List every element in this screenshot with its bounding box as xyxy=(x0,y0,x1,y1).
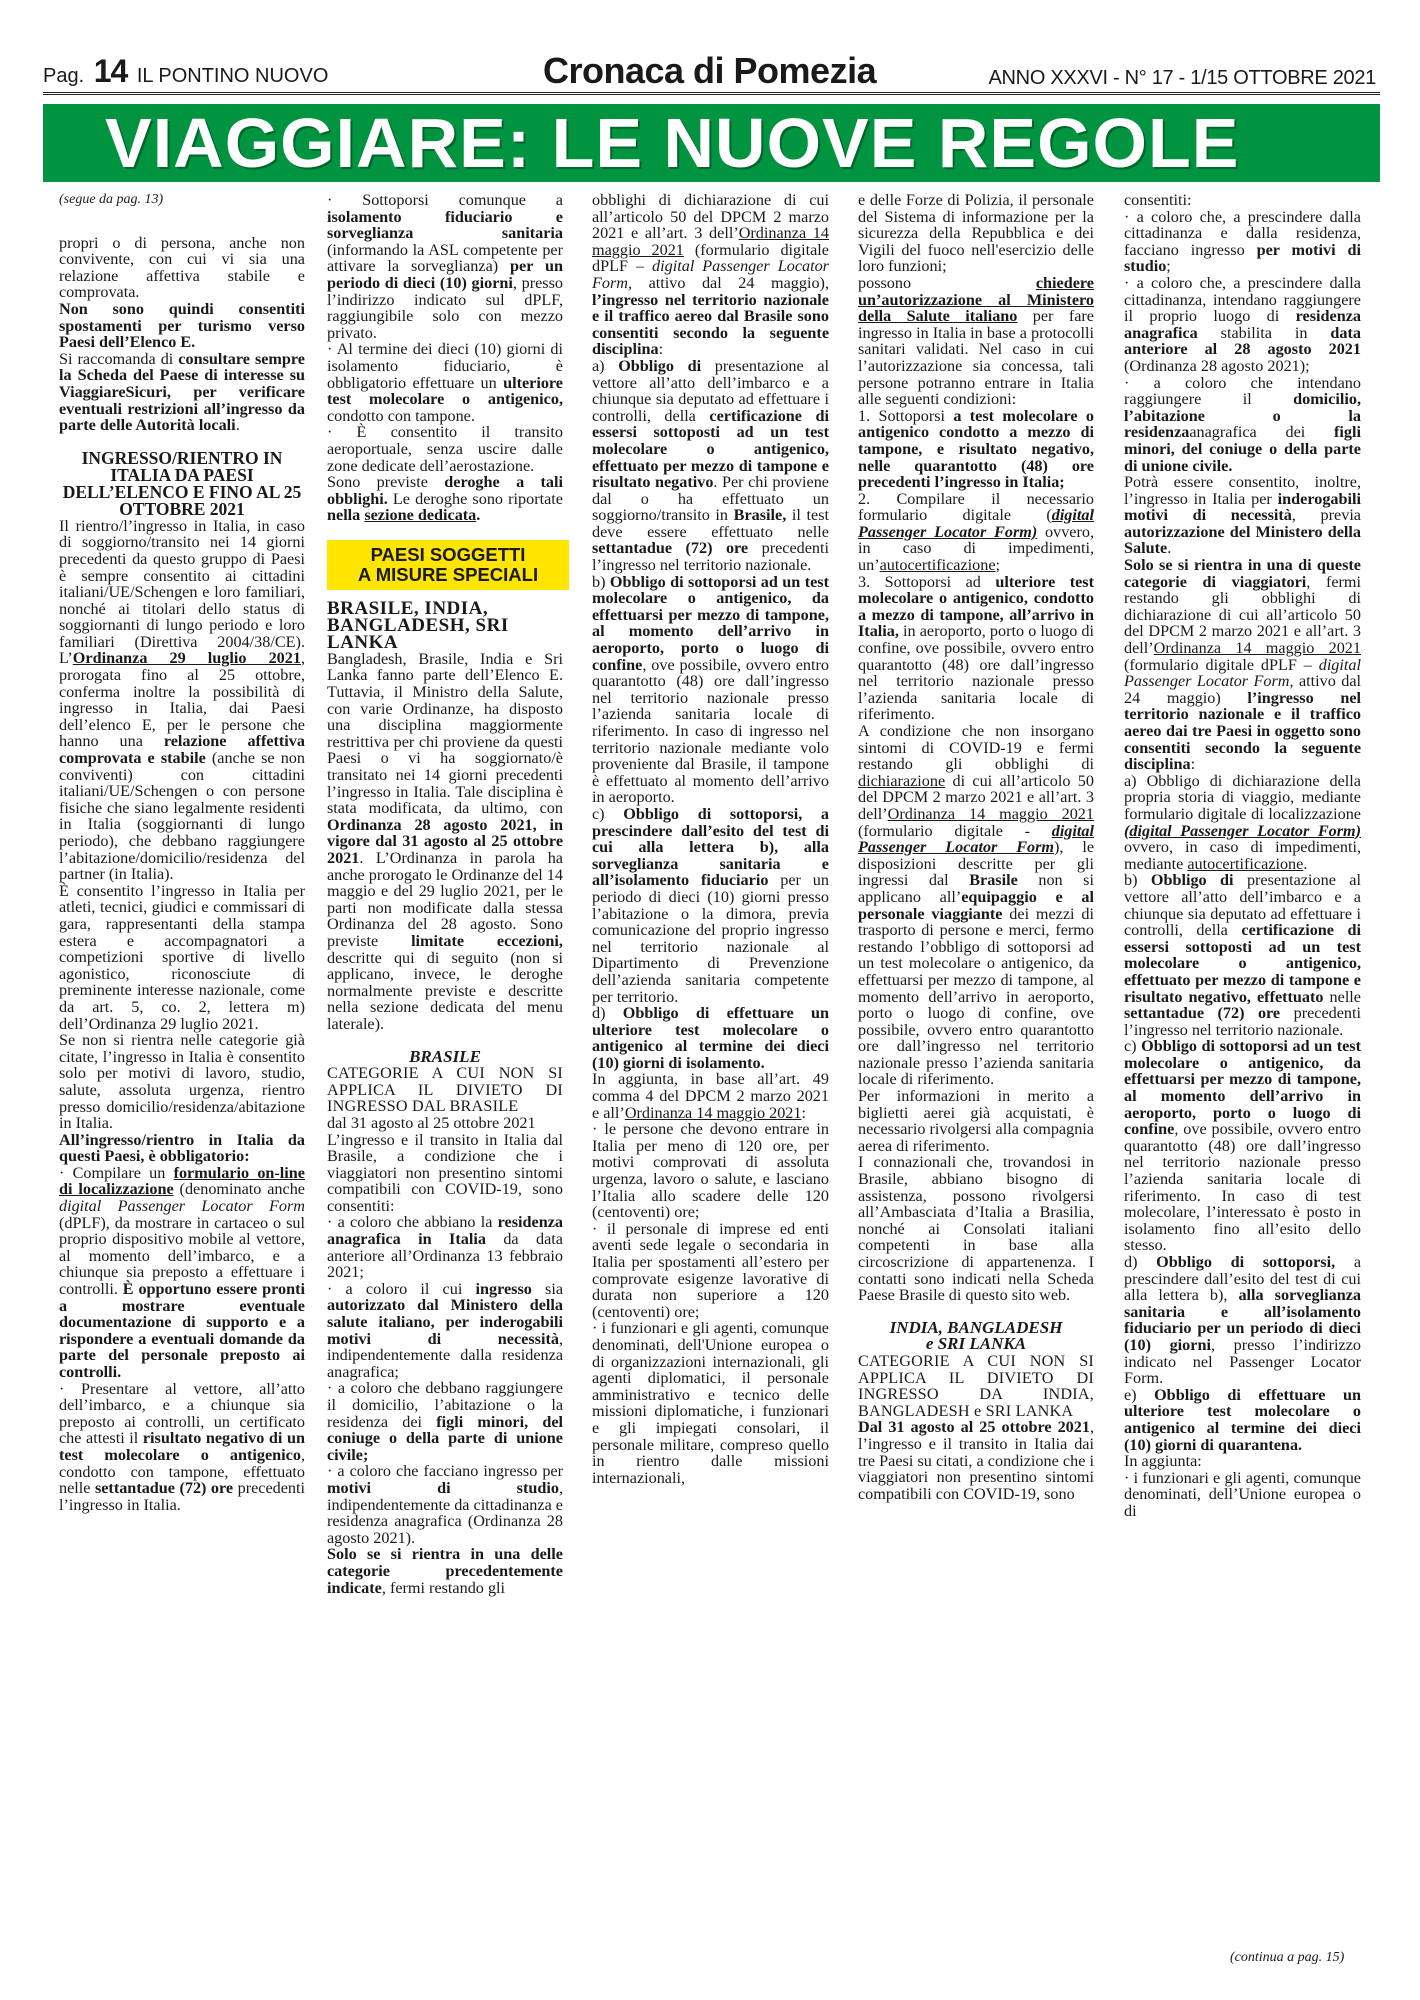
paragraph-bold: All’ingresso/rientro in Italia da questi… xyxy=(59,1132,305,1165)
paragraph: Potrà essere consentito, inoltre, l’ingr… xyxy=(1124,474,1361,557)
dichiarazione-link[interactable]: dichiarazione xyxy=(858,772,945,790)
masthead: Pag. 14 IL PONTINO NUOVO Cronaca di Pome… xyxy=(43,58,1380,95)
special-measures-box: PAESI SOGGETTI A MISURE SPECIALI xyxy=(327,540,569,590)
paragraph: In aggiunta: xyxy=(1124,1453,1361,1470)
bullet-item: · a coloro che facciano ingresso per mot… xyxy=(327,1463,563,1546)
bullet-item: · a coloro che intendano raggiungere il … xyxy=(1124,375,1361,475)
autocertificazione-link[interactable]: autocertificazione xyxy=(880,556,996,574)
list-item-b: b) Obbligo di sottoporsi ad un test mole… xyxy=(592,574,829,806)
numbered-item-1: 1. Sottoporsi a test molecolare o antige… xyxy=(858,408,1094,491)
brasile-heading: BRASILE xyxy=(327,1049,563,1066)
brasile-dates: dal 31 agosto al 25 ottobre 2021 xyxy=(327,1115,563,1132)
india-categories-heading: CATEGORIE A CUI NON SI APPLICA IL DIVIET… xyxy=(858,1353,1094,1419)
bullet-item: · Al termine dei dieci (10) giorni di is… xyxy=(327,341,563,424)
paragraph: Sono previste deroghe a tali obblighi. L… xyxy=(327,474,563,524)
bullet-item: · a coloro che, a prescindere dalla citt… xyxy=(1124,209,1361,275)
list-item-a: a) Obbligo di dichiarazione della propri… xyxy=(1124,773,1361,873)
paragraph: Bangladesh, Brasile, India e Sri Lanka f… xyxy=(327,651,563,1033)
paragraph: obblighi di dichiarazione di cui all’art… xyxy=(592,192,829,358)
publication-name: IL PONTINO NUOVO xyxy=(137,65,329,87)
brasile-categories-heading: CATEGORIE A CUI NON SI APPLICA IL DIVIET… xyxy=(327,1065,563,1115)
ordinanza-link[interactable]: Ordinanza 14 maggio 2021 xyxy=(1154,639,1361,657)
bullet-item: · a coloro il cui ingresso sia autorizza… xyxy=(327,1281,563,1381)
bullet-item: · il personale di imprese ed enti aventi… xyxy=(592,1221,829,1321)
paragraph: Si raccomanda di consultare sempre la Sc… xyxy=(59,351,305,434)
section-heading: INGRESSO/RIENTRO IN ITALIA DA PAESI DELL… xyxy=(59,450,305,518)
paragraph: propri o di persona, anche non convivent… xyxy=(59,235,305,301)
section-title: Cronaca di Pomezia xyxy=(543,50,876,92)
list-item-c: c) Obbligo di sottoporsi, a prescindere … xyxy=(592,806,829,1005)
list-item-d: d) Obbligo di effettuare un ulteriore te… xyxy=(592,1005,829,1071)
page-prefix: Pag. xyxy=(43,65,84,87)
continued-to-note: (continua a pag. 15) xyxy=(1230,1950,1344,1966)
ordinanza-link[interactable]: Ordinanza 14 maggio 2021 xyxy=(625,1104,802,1122)
paragraph: Solo se si rientra in una delle categori… xyxy=(327,1546,563,1596)
paragraph: possono chiedere un’autorizzazione al Mi… xyxy=(858,275,1094,408)
bullet-item: · Compilare un formulario on-line di loc… xyxy=(59,1165,305,1381)
headline-banner: VIAGGIARE: LE NUOVE REGOLE xyxy=(43,104,1380,182)
ordinanza-link[interactable]: Ordinanza 14 maggio 2021 xyxy=(888,805,1094,823)
issue-info: ANNO XXXVI - N° 17 - 1/15 OTTOBRE 2021 xyxy=(989,67,1377,90)
bullet-item: · i funzionari e gli agenti, comunque de… xyxy=(1124,1470,1361,1520)
paragraph: Per informazioni in merito a biglietti a… xyxy=(858,1088,1094,1154)
bullet-item: · i funzionari e gli agenti, comunque de… xyxy=(592,1320,829,1486)
list-item-d: d) Obbligo di sottoporsi, a prescindere … xyxy=(1124,1254,1361,1387)
paragraph: Il rientro/l’ingresso in Italia, in caso… xyxy=(59,518,305,883)
paragraph: È consentito l’ingresso in Italia per at… xyxy=(59,883,305,1032)
page-label: Pag. 14 IL PONTINO NUOVO xyxy=(43,53,328,90)
list-item-b: b) Obbligo di presentazione al vettore a… xyxy=(1124,872,1361,1038)
india-heading: INDIA, BANGLADESHe SRI LANKA xyxy=(858,1320,1094,1353)
bullet-item: · Sottoporsi comunque a isolamento fiduc… xyxy=(327,192,563,341)
bullet-item: · Presentare al vettore, all’atto dell’i… xyxy=(59,1381,305,1514)
article-column-4: e delle Forze di Polizia, il personale d… xyxy=(858,192,1094,1502)
list-item-e: e) Obbligo di effettuare un ulteriore te… xyxy=(1124,1387,1361,1453)
paragraph: Se non si rientra nelle categorie già ci… xyxy=(59,1032,305,1132)
numbered-item-2: 2. Compilare il necessario formulario di… xyxy=(858,491,1094,574)
dplf-link[interactable]: (digital Passenger Locator Form) xyxy=(1124,822,1361,840)
paragraph: A condizione che non insorgano sintomi d… xyxy=(858,723,1094,1088)
paragraph: consentiti: xyxy=(1124,192,1361,209)
paragraph: Solo se si rientra in una di queste cate… xyxy=(1124,557,1361,773)
paragraph: I connazionali che, trovandosi in Brasil… xyxy=(858,1154,1094,1303)
ordinanza-link[interactable]: Ordinanza 29 luglio 2021 xyxy=(73,649,301,667)
paragraph: In aggiunta, in base all’art. 49 comma 4… xyxy=(592,1071,829,1121)
paragraph-bold: Non sono quindi consentiti spostamenti p… xyxy=(59,301,305,351)
article-column-2: · Sottoporsi comunque a isolamento fiduc… xyxy=(327,192,563,1596)
paragraph: Dal 31 agosto al 25 ottobre 2021, l’ingr… xyxy=(858,1419,1094,1502)
list-item-c: c) Obbligo di sottoporsi ad un test mole… xyxy=(1124,1038,1361,1254)
autocertificazione-link[interactable]: autocertificazione xyxy=(1187,855,1303,873)
article-column-3: obblighi di dichiarazione di cui all’art… xyxy=(592,192,829,1486)
bullet-item: · a coloro che debbano raggiungere il do… xyxy=(327,1380,563,1463)
bullet-item: · È consentito il transito aeroportuale,… xyxy=(327,424,563,474)
continued-from-note: (segue da pag. 13) xyxy=(59,192,305,209)
bullet-item: · le persone che devono entrare in Itali… xyxy=(592,1121,829,1221)
list-item-a: a) Obbligo di presentazione al vettore a… xyxy=(592,358,829,574)
paragraph: L’ingresso e il transito in Italia dal B… xyxy=(327,1132,563,1215)
numbered-item-3: 3. Sottoporsi ad ulteriore test molecola… xyxy=(858,574,1094,723)
sezione-dedicata-link[interactable]: sezione dedicata xyxy=(364,506,476,524)
countries-heading: BRASILE, INDIA, BANGLADESH, SRI LANKA xyxy=(327,600,563,651)
bullet-item: · a coloro che abbiano la residenza anag… xyxy=(327,1214,563,1280)
article-column-5: consentiti: · a coloro che, a prescinder… xyxy=(1124,192,1361,1520)
bullet-item: · a coloro che, a prescindere dalla citt… xyxy=(1124,275,1361,375)
article-column-1: (segue da pag. 13) propri o di persona, … xyxy=(59,192,305,1513)
page-number: 14 xyxy=(94,53,128,89)
paragraph: e delle Forze di Polizia, il personale d… xyxy=(858,192,1094,275)
